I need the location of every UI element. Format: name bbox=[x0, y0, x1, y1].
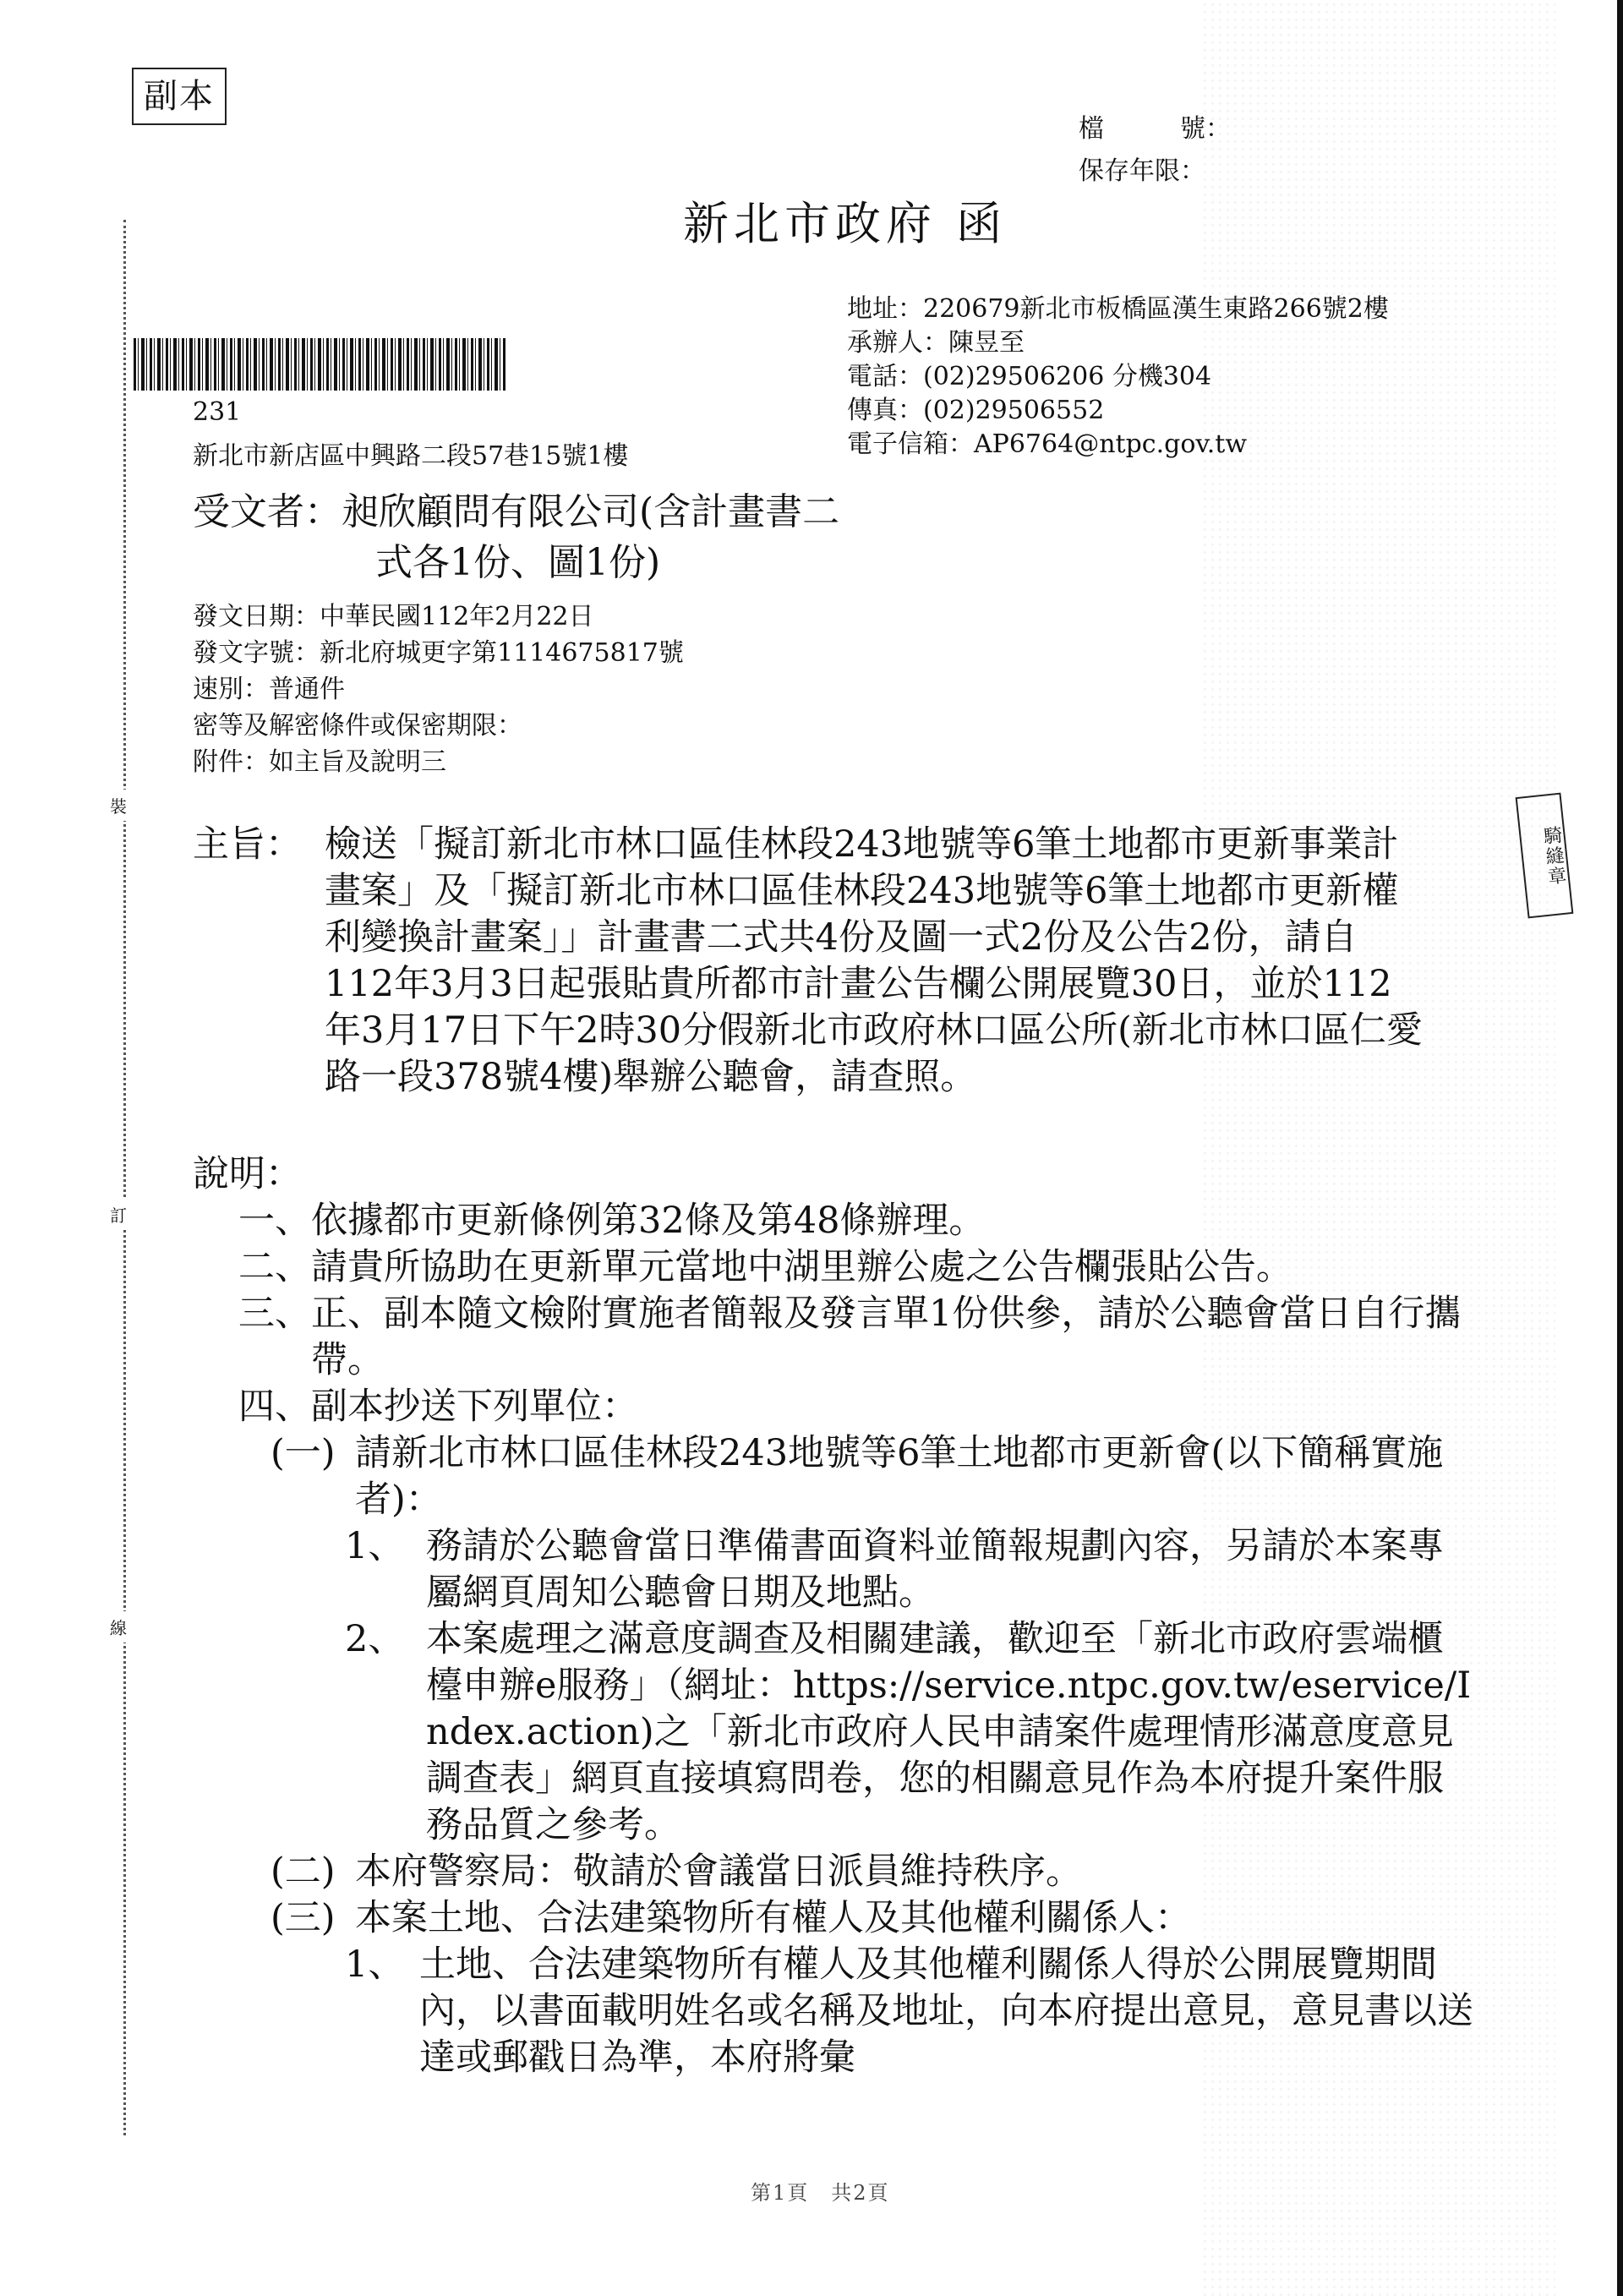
attachments: 附件：如主旨及說明三 bbox=[193, 744, 684, 780]
binding-mark-ding: 訂 bbox=[110, 1199, 127, 1230]
cc-unit: (三) 本案土地、合法建築物所有權人及其他權利關係人： bbox=[193, 1895, 1478, 1942]
document-meta: 發文日期：中華民國112年2月22日 發文字號：新北府城更字第111467581… bbox=[193, 599, 684, 780]
sender-address: 地址：220679新北市板橋區漢生東路266號2樓 bbox=[847, 292, 1389, 326]
binding-mark-zhuang: 裝 bbox=[110, 790, 127, 821]
subject: 主旨： 檢送「擬訂新北市林口區佳林段243地號等6筆土地都市更新事業計畫案」及「… bbox=[193, 822, 1478, 1101]
recipient-line-2: 式各1份、圖1份) bbox=[193, 538, 839, 588]
handler: 承辦人：陳昱至 bbox=[847, 326, 1389, 360]
cc-unit: (一) 請新北市林口區佳林段243地號等6筆土地都市更新會(以下簡稱實施者)： bbox=[193, 1430, 1478, 1523]
cc-subitem: 1、 務請於公聽會當日準備書面資料並簡報規劃內容，另請於本案專屬網頁周知公聽會日… bbox=[193, 1523, 1478, 1616]
archive-info: 檔號： 保存年限： bbox=[1079, 108, 1231, 193]
recipient: 受文者：昶欣顧問有限公司(含計畫書二 式各1份、圖1份) bbox=[193, 487, 839, 588]
file-number-label-1: 檔 bbox=[1079, 108, 1104, 150]
scan-edge bbox=[1617, 0, 1623, 2296]
cc-unit: (二) 本府警察局：敬請於會議當日派員維持秩序。 bbox=[193, 1849, 1478, 1895]
recipient-line-1: 受文者：昶欣顧問有限公司(含計畫書二 bbox=[193, 487, 839, 538]
file-number-label-2: 號 bbox=[1180, 108, 1205, 150]
confidentiality: 密等及解密條件或保密期限： bbox=[193, 708, 684, 744]
explanation-item: 四、 副本抄送下列單位： bbox=[193, 1384, 1478, 1430]
phone: 電話：(02)29506206 分機304 bbox=[847, 360, 1389, 394]
file-number-colon: ： bbox=[1205, 108, 1231, 150]
subject-label: 主旨： bbox=[193, 822, 325, 1101]
contact-info: 地址：220679新北市板橋區漢生東路266號2樓 承辦人：陳昱至 電話：(02… bbox=[847, 292, 1389, 462]
page-number: 第1頁 共2頁 bbox=[751, 2176, 890, 2206]
recipient-zip: 231 bbox=[193, 397, 241, 427]
explanation-item: 三、 正、副本隨文檢附實施者簡報及發言單1份供參，請於公聽會當日自行攜帶。 bbox=[193, 1291, 1478, 1384]
cc-subitem: 1、 土地、合法建築物所有權人及其他權利關係人得於公開展覽期間內，以書面載明姓名… bbox=[193, 1942, 1478, 2081]
cc-subitem: 2、 本案處理之滿意度調查及相關建議，歡迎至「新北市政府雲端櫃檯申辦e服務」（網… bbox=[193, 1616, 1478, 1849]
explanation-label: 說明： bbox=[193, 1151, 1478, 1198]
priority: 速別：普通件 bbox=[193, 671, 684, 708]
copy-marker: 副本 bbox=[132, 68, 227, 125]
barcode bbox=[134, 338, 505, 391]
fax: 傳真：(02)29506552 bbox=[847, 394, 1389, 428]
document-number: 發文字號：新北府城更字第1114675817號 bbox=[193, 635, 684, 671]
issue-date: 發文日期：中華民國112年2月22日 bbox=[193, 599, 684, 635]
explanation: 說明： 一、 依據都市更新條例第32條及第48條辦理。 二、 請貴所協助在更新單… bbox=[193, 1151, 1478, 2081]
explanation-item: 二、 請貴所協助在更新單元當地中湖里辦公處之公告欄張貼公告。 bbox=[193, 1244, 1478, 1291]
document-title: 新北市政府 函 bbox=[683, 188, 1007, 253]
recipient-address: 新北市新店區中興路二段57巷15號1樓 bbox=[193, 435, 628, 472]
file-number-row: 檔號： bbox=[1079, 108, 1231, 150]
explanation-item: 一、 依據都市更新條例第32條及第48條辦理。 bbox=[193, 1198, 1478, 1244]
retention-period: 保存年限： bbox=[1079, 150, 1231, 193]
binding-mark-xian: 線 bbox=[110, 1611, 127, 1643]
subject-text: 檢送「擬訂新北市林口區佳林段243地號等6筆土地都市更新事業計畫案」及「擬訂新北… bbox=[325, 822, 1424, 1101]
email: 電子信箱：AP6764@ntpc.gov.tw bbox=[847, 428, 1389, 462]
seal-stamp: 騎縫章 bbox=[1516, 793, 1574, 919]
binding-dotted-line bbox=[123, 220, 126, 2135]
